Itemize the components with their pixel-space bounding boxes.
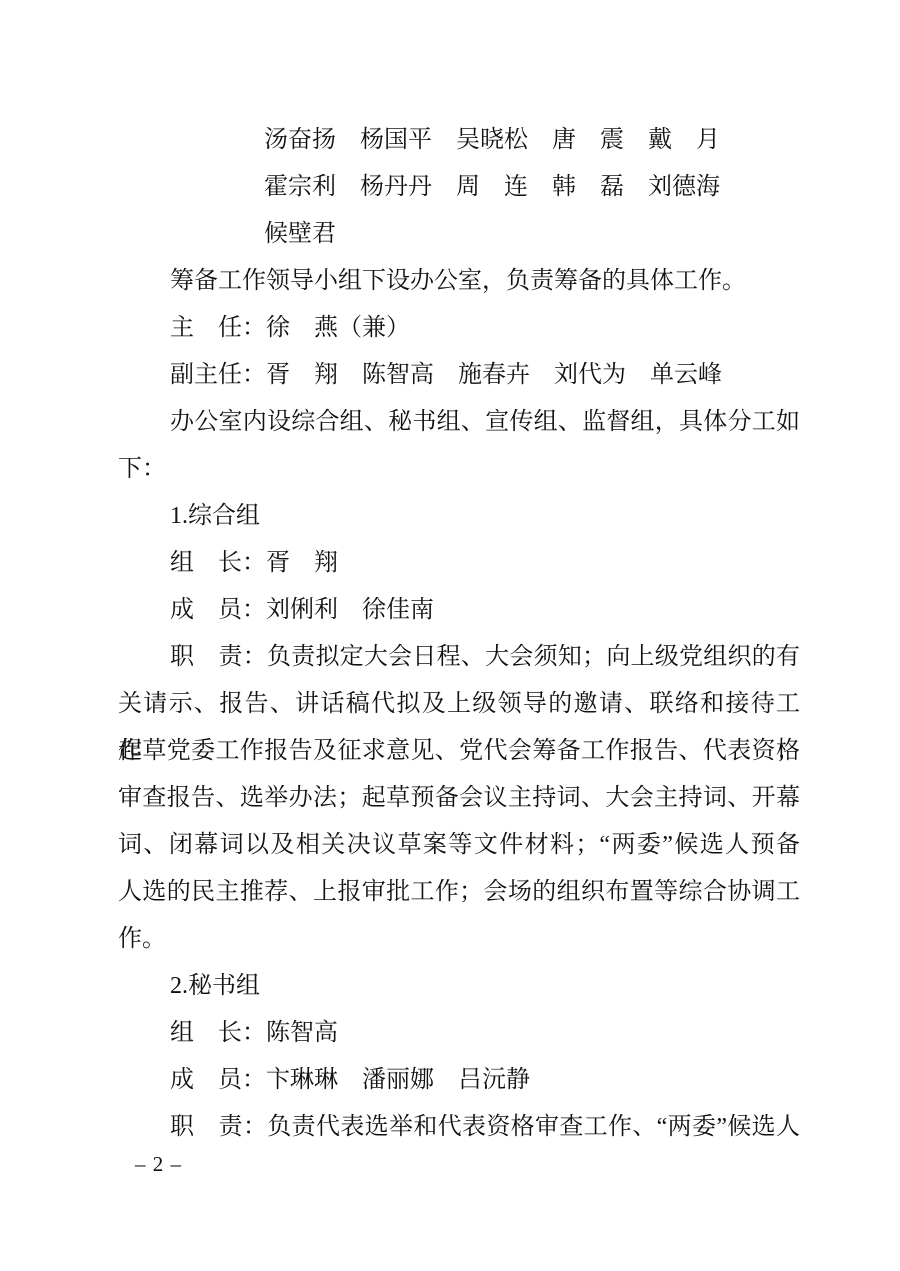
- group-members-line: 成 员：刘俐利 徐佳南: [118, 587, 800, 634]
- deputy-directors-line: 副主任：胥 翔 陈智高 施春卉 刘代为 单云峰: [118, 352, 800, 399]
- group-members-line: 成 员：卞琳琳 潘丽娜 吕沅静: [118, 1057, 800, 1104]
- name-list-line: 霍宗利 杨丹丹 周 连 韩 磊 刘德海: [118, 164, 800, 211]
- group-leader-line: 组 长：胥 翔: [118, 540, 800, 587]
- duties-line: 职 责：负责代表选举和代表资格审查工作、“两委”候选人: [118, 1104, 800, 1151]
- duties-line: 审查报告、选举办法；起草预备会议主持词、大会主持词、开幕: [118, 775, 800, 822]
- duties-line: 词、闭幕词以及相关决议草案等文件材料；“两委”候选人预备: [118, 822, 800, 869]
- duties-line: 人选的民主推荐、上报审批工作；会场的组织布置等综合协调工: [118, 869, 800, 916]
- section-heading-group-2: 2.秘书组: [118, 963, 800, 1010]
- duties-line: 起草党委工作报告及征求意见、党代会筹备工作报告、代表资格: [118, 728, 800, 775]
- duties-line: 关请示、报告、讲话稿代拟及上级领导的邀请、联络和接待工作；: [118, 681, 800, 728]
- paragraph-line: 筹备工作领导小组下设办公室，负责筹备的具体工作。: [118, 258, 800, 305]
- duties-line: 职 责：负责拟定大会日程、大会须知；向上级党组织的有: [118, 634, 800, 681]
- document-body: 汤奋扬 杨国平 吴晓松 唐 震 戴 月 霍宗利 杨丹丹 周 连 韩 磊 刘德海 …: [118, 117, 800, 1151]
- document-page: 汤奋扬 杨国平 吴晓松 唐 震 戴 月 霍宗利 杨丹丹 周 连 韩 磊 刘德海 …: [0, 0, 900, 1271]
- name-list-line: 汤奋扬 杨国平 吴晓松 唐 震 戴 月: [118, 117, 800, 164]
- section-heading-group-1: 1.综合组: [118, 493, 800, 540]
- group-leader-line: 组 长：陈智高: [118, 1010, 800, 1057]
- director-label-line: 主 任：徐 燕（兼）: [118, 305, 800, 352]
- paragraph-line: 下：: [118, 446, 800, 493]
- page-number: – 2 –: [135, 1150, 182, 1178]
- name-list-line: 候壁君: [118, 211, 800, 258]
- duties-line: 作。: [118, 916, 800, 963]
- paragraph-line: 办公室内设综合组、秘书组、宣传组、监督组，具体分工如: [118, 399, 800, 446]
